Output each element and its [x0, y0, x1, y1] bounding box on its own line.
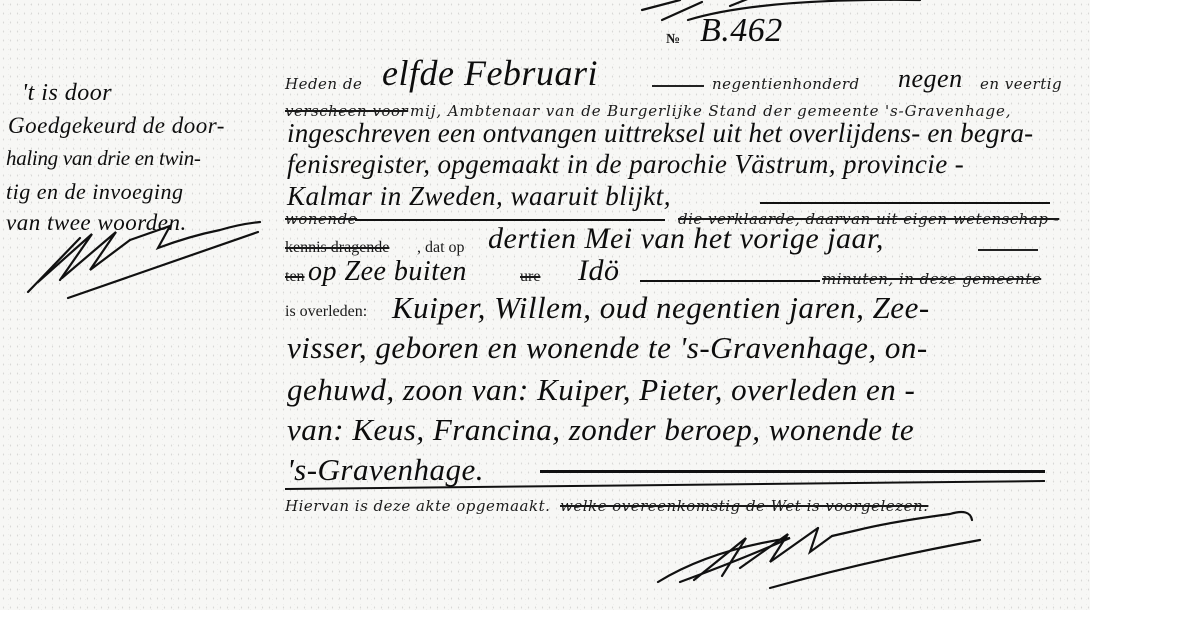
fill-line	[640, 280, 820, 282]
printed-text: Heden de	[285, 75, 362, 93]
printed-text: , dat op	[417, 239, 465, 257]
handwritten-date-of-death: dertien Mei van het vorige jaar,	[488, 222, 884, 256]
handwritten-text: gehuwd, zoon van: Kuiper, Pieter, overle…	[287, 372, 915, 408]
handwritten-text: 's-Gravenhage.	[287, 452, 484, 488]
certificate-number-label: №	[666, 32, 680, 48]
certificate-number-value: B.462	[700, 12, 783, 50]
printed-text: is overleden:	[285, 303, 367, 321]
margin-signature	[20, 230, 280, 310]
fill-line	[540, 470, 1045, 473]
handwritten-text: van: Keus, Francina, zonder beroep, wone…	[287, 412, 914, 448]
margin-note-line: 't is door	[22, 80, 112, 107]
fill-line	[652, 85, 704, 87]
fill-line	[355, 219, 665, 221]
struck-printed-text: ten	[285, 268, 305, 286]
margin-note-line: tig en de invoeging	[6, 179, 184, 205]
printed-text: en veertig	[980, 75, 1062, 93]
margin-note-line: Goedgekeurd de door-	[8, 113, 225, 139]
handwritten-deceased-details: Kuiper, Willem, oud negentien jaren, Zee…	[392, 290, 930, 326]
fill-line	[978, 249, 1038, 251]
handwritten-date-day-month: elfde Februari	[382, 52, 598, 94]
struck-printed-text: minuten, in deze gemeente	[822, 270, 1041, 288]
printed-text: negentienhonderd	[712, 75, 860, 93]
scanned-document-page: № B.462 't is door Goedgekeurd de door- …	[0, 0, 1090, 610]
handwritten-text: visser, geboren en wonende te 's-Gravenh…	[287, 330, 928, 366]
official-signature	[650, 500, 990, 600]
handwritten-place: op Zee buiten	[308, 256, 467, 288]
printed-text: Hiervan is deze akte opgemaakt.	[285, 497, 550, 515]
handwritten-place-name: Idö	[578, 254, 620, 288]
handwritten-text: fenisregister, opgemaakt in de parochie …	[287, 149, 964, 180]
fill-line	[760, 202, 1050, 204]
handwritten-text: Kalmar in Zweden, waaruit blijkt,	[287, 181, 671, 212]
struck-printed-text: ure	[520, 268, 540, 286]
handwritten-year: negen	[898, 64, 963, 94]
margin-note-line: haling van drie en twin-	[6, 146, 201, 171]
struck-printed-text: wonende	[285, 210, 357, 228]
struck-printed-text: kennis dragende	[285, 239, 389, 257]
handwritten-text: ingeschreven een ontvangen uittreksel ui…	[287, 118, 1033, 149]
